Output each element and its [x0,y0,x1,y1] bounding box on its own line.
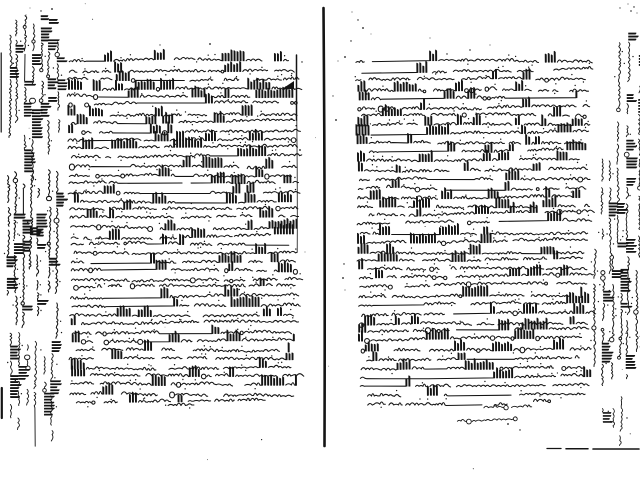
left-margin-lower-line [51,342,62,441]
ink-speck [630,433,631,434]
left-margin-lower-line [34,341,37,446]
left-page-text-line [71,111,295,124]
ink-speck [301,61,302,62]
left-page-text-line [72,295,300,307]
left-margin-upper-diacritic-dots [61,75,62,76]
ink-speck [362,27,364,29]
right-page-text-diacritic-dots [378,227,570,233]
left-page-text-line [72,325,291,336]
right-page-text-line [358,241,584,256]
right-margin-inner [598,159,619,274]
ink-speck [17,222,18,223]
ink-speck [92,19,93,20]
left-page-catchword-diacritic-dots [189,407,190,408]
left-margin-upper-line [39,16,52,119]
left-margin-lower [7,333,61,447]
right-margin-lower-line [592,249,597,366]
ink-speck [352,12,353,13]
left-page-text-diacritic-dots [87,398,166,407]
ink-speck [469,49,471,51]
left-margin-lower-diacritic-dots [54,364,57,408]
left-page-text-line [71,285,299,299]
ink-speck [299,149,301,151]
left-margin-lower-diacritic-dots [7,362,8,363]
right-page-text-line [361,357,588,372]
left-page-text-line [69,172,299,185]
ink-speck [40,10,41,11]
right-page-text-diacritic-dots [489,174,571,177]
ink-speck [305,252,306,253]
left-page-text [67,49,304,408]
right-margin-foot [602,397,627,449]
ink-speck [343,263,344,264]
ink-speck [345,290,346,291]
ink-speck [344,56,346,58]
ink-speck [519,429,520,430]
right-margin-lower-line [626,257,636,379]
ink-speck [430,38,431,39]
left-page-text-line [69,49,295,62]
left-margin-upper-diacritic-dots [13,63,14,64]
left-page-text-diacritic-dots [214,265,215,266]
right-page-text-line [369,139,588,153]
left-page-text-diacritic-dots [83,73,292,78]
ink-speck [207,459,208,460]
ink-speck [557,372,558,373]
ink-speck [630,10,632,12]
ink-speck [633,6,634,7]
left-page-text-diacritic-dots [127,362,279,366]
ink-speck [507,423,509,425]
right-page-text-diacritic-dots [384,279,544,291]
right-page-text-diacritic-dots [498,63,590,68]
left-page-text-diacritic-dots [87,335,273,340]
left-margin-lower-line [25,345,31,410]
left-page-text-line [71,218,300,231]
ink-speck [338,61,339,62]
left-page-text-diacritic-dots [114,328,250,330]
ink-speck [446,53,447,54]
left-page-text-line [70,305,294,318]
right-margin-foot-diacritic-dots [626,417,627,418]
ink-speck [30,8,31,9]
ink-speck [473,468,474,469]
left-margin-middle-line [21,184,33,328]
left-page-text-diacritic-dots [121,198,122,199]
manuscript-svg [0,0,640,480]
left-page-text-line [68,182,300,195]
right-margin-outer-line [624,33,638,254]
right-page-foot-marks-line [484,405,532,411]
right-page-text-diacritic-dots [501,100,502,101]
ink-speck [350,40,351,41]
ink-speck [209,271,210,272]
ink-speck [628,4,629,5]
ink-speck [209,43,211,45]
right-page-text-diacritic-dots [435,191,572,196]
ink-speck [51,8,53,10]
ink-speck [637,13,638,14]
right-margin-outer [614,33,640,259]
right-page-text-diacritic-dots [381,322,582,335]
left-margin-middle-line [54,171,68,338]
left-margin-middle [4,170,68,338]
right-margin-lower-line [618,269,632,360]
left-page-text-diacritic-dots [111,220,246,226]
ink-speck [371,34,372,35]
right-page-text-diacritic-dots [403,182,567,187]
right-page-text-diacritic-dots [517,127,586,130]
ink-speck [165,327,166,328]
ink-speck [534,349,535,350]
ink-speck [335,119,337,121]
left-page-text-line [69,155,296,170]
ink-speck [26,15,27,16]
right-page-text-diacritic-dots [373,144,550,157]
right-margin-foot-diacritic-dots [608,411,609,412]
ink-speck [357,19,358,20]
right-page-text-diacritic-dots [396,388,562,400]
right-margin-inner-line [601,159,604,243]
ink-speck [152,106,153,107]
right-page-text-line [359,87,579,102]
left-page-text-line [68,104,297,117]
ink-speck [171,238,172,239]
ink-speck [328,366,329,367]
left-margin-upper [9,16,67,183]
right-margin-foot-line [620,397,623,446]
ink-speck [194,157,195,158]
manuscript-scan [0,0,640,480]
right-page-text-diacritic-dots [464,235,540,239]
left-margin-upper-line [55,42,67,132]
ink-speck [619,7,620,8]
ink-speck [261,439,262,440]
right-page-text-line [360,281,587,290]
ink-speck [490,45,491,46]
ink-speck [572,91,573,92]
right-margin-foot-line [602,409,612,438]
right-page-text-line [358,79,589,94]
right-page-foot-marks-line [457,416,528,424]
ink-speck [228,81,229,82]
left-margin-lower-line [43,357,55,427]
right-page-text-line [362,60,593,74]
right-page-text-line [362,301,596,317]
right-margin-lower-line [634,270,639,351]
ink-speck [342,277,344,279]
ink-speck [332,95,333,96]
right-page-text-line [356,49,592,65]
left-margin-upper-diacritic-dots [28,45,29,46]
right-page-text-line [356,68,586,84]
ink-speck [425,226,426,227]
ink-speck [159,44,160,45]
ink-speck [622,369,623,370]
left-page-catchword-line [168,403,194,405]
right-page-text-line [359,312,587,327]
ink-speck [85,3,86,4]
right-page-text-diacritic-dots [380,395,540,408]
left-page-catchword [168,403,194,408]
ink-speck [29,128,30,129]
left-page-text-line [69,61,294,74]
left-page-text-line [69,121,301,135]
gutter-line [324,8,325,446]
ink-speck [472,235,473,236]
right-margin-foot-line [613,409,615,449]
ink-speck [175,272,176,273]
ink-speck [315,137,316,138]
left-page-text-diacritic-dots [124,247,297,251]
right-page-text [354,49,596,408]
right-page-foot-marks [457,405,532,425]
right-page-text-line [357,210,592,226]
left-page-text-diacritic-dots [74,90,222,103]
right-margin-lower [590,249,640,385]
ink-speck [462,261,463,262]
ink-speck [370,123,371,124]
left-margin-lower-diacritic-dots [40,349,41,350]
right-page-text-line [359,318,589,335]
left-margin-middle-line [37,189,49,321]
right-margin-inner-diacritic-dots [598,232,599,233]
left-page-text-diacritic-dots [228,99,229,100]
left-page-text-diacritic-dots [181,299,279,301]
ink-speck [248,132,249,133]
right-page-text-diacritic-dots [467,54,533,66]
